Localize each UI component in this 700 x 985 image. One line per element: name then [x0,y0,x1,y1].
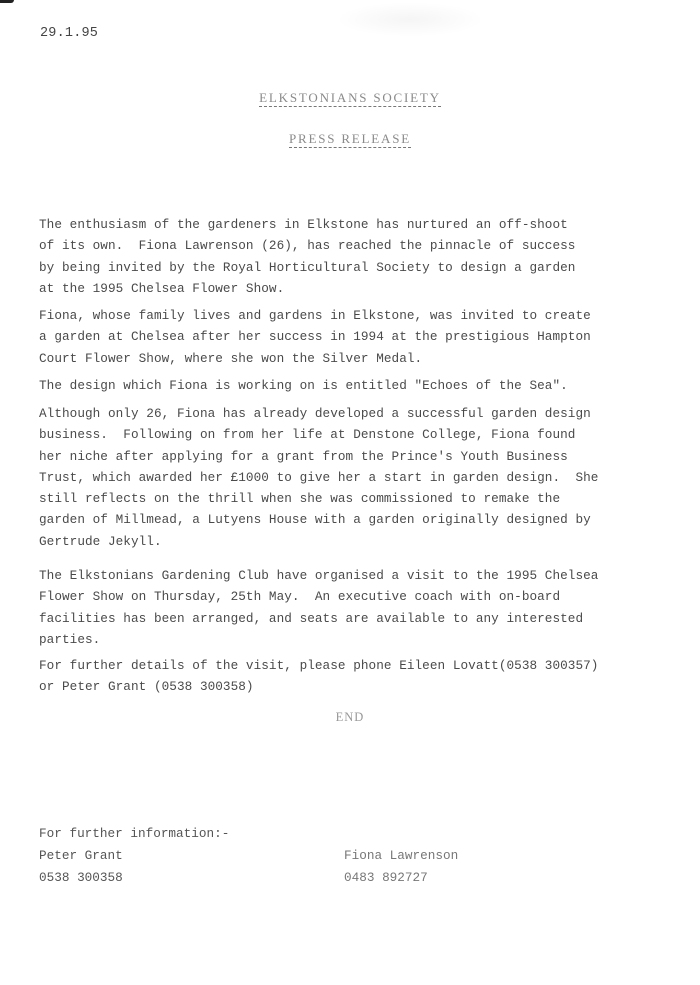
text-line: For further details of the visit, please… [39,655,679,676]
text-line: Although only 26, Fiona has already deve… [39,403,679,424]
contact-phone: 0538 300358 [39,867,229,889]
text-line: facilities has been arranged, and seats … [39,608,679,629]
contact-intro: For further information:- [39,823,229,845]
text-line: at the 1995 Chelsea Flower Show. [39,278,679,299]
organisation-title: ELKSTONIANS SOCIETY [259,90,441,107]
paragraph-intro: The enthusiasm of the gardeners in Elkst… [39,214,679,299]
organisation-heading: ELKSTONIANS SOCIETY [0,90,700,106]
doc-type-heading: PRESS RELEASE [0,131,700,147]
paragraph-visit: The Elkstonians Gardening Club have orga… [39,565,679,650]
contact-right: Fiona Lawrenson 0483 892727 [344,845,458,889]
text-line: her niche after applying for a grant fro… [39,446,679,467]
text-line: parties. [39,629,679,650]
text-line: Fiona, whose family lives and gardens in… [39,305,679,326]
text-line: Court Flower Show, where she won the Sil… [39,348,679,369]
paragraph-background: Fiona, whose family lives and gardens in… [39,305,679,369]
contact-left: For further information:- Peter Grant 05… [39,823,229,889]
paragraph-design: The design which Fiona is working on is … [39,375,679,396]
text-line: Trust, which awarded her £1000 to give h… [39,467,679,488]
text-line: a garden at Chelsea after her success in… [39,326,679,347]
ink-bleed-mark [335,2,485,37]
text-line: The design which Fiona is working on is … [39,375,679,396]
text-line: Flower Show on Thursday, 25th May. An ex… [39,586,679,607]
text-line: The Elkstonians Gardening Club have orga… [39,565,679,586]
text-line: The enthusiasm of the gardeners in Elkst… [39,214,679,235]
text-line: Gertrude Jekyll. [39,531,679,552]
paragraph-career: Although only 26, Fiona has already deve… [39,403,679,552]
paragraph-details: For further details of the visit, please… [39,655,679,698]
text-line: or Peter Grant (0538 300358) [39,676,679,697]
text-line: by being invited by the Royal Horticultu… [39,257,679,278]
contact-name: Peter Grant [39,845,229,867]
document-date: 29.1.95 [40,26,98,41]
scan-corner-mark [0,0,14,3]
text-line: garden of Millmead, a Lutyens House with… [39,509,679,530]
text-line: still reflects on the thrill when she wa… [39,488,679,509]
text-line: business. Following on from her life at … [39,424,679,445]
press-release-title: PRESS RELEASE [289,131,411,148]
end-marker: END [0,710,700,725]
contact-name: Fiona Lawrenson [344,845,458,867]
text-line: of its own. Fiona Lawrenson (26), has re… [39,235,679,256]
contact-phone: 0483 892727 [344,867,458,889]
